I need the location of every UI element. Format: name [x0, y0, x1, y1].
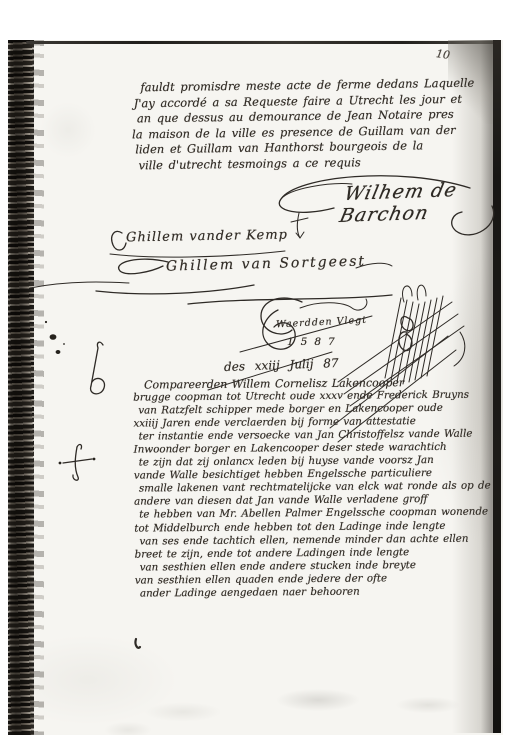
page-right-edge [493, 40, 501, 733]
registration-year: 1587 [287, 336, 342, 348]
signature-barchon: Wilhem de Barchon [338, 177, 512, 227]
binding-feather-texture [30, 40, 44, 735]
dutch-paragraph: Compareerden Willem Cornelisz Lakencoope… [136, 375, 492, 600]
signature-vander-kemp: Ghillem vander Kemp [126, 228, 288, 246]
page-top-edge [26, 41, 496, 44]
french-paragraph: fauldt promisdre meste acte de ferme ded… [135, 76, 475, 174]
page-number: 10 [435, 47, 451, 62]
manuscript-scan: 10 fauldt promisdre meste acte de ferme … [0, 0, 512, 754]
